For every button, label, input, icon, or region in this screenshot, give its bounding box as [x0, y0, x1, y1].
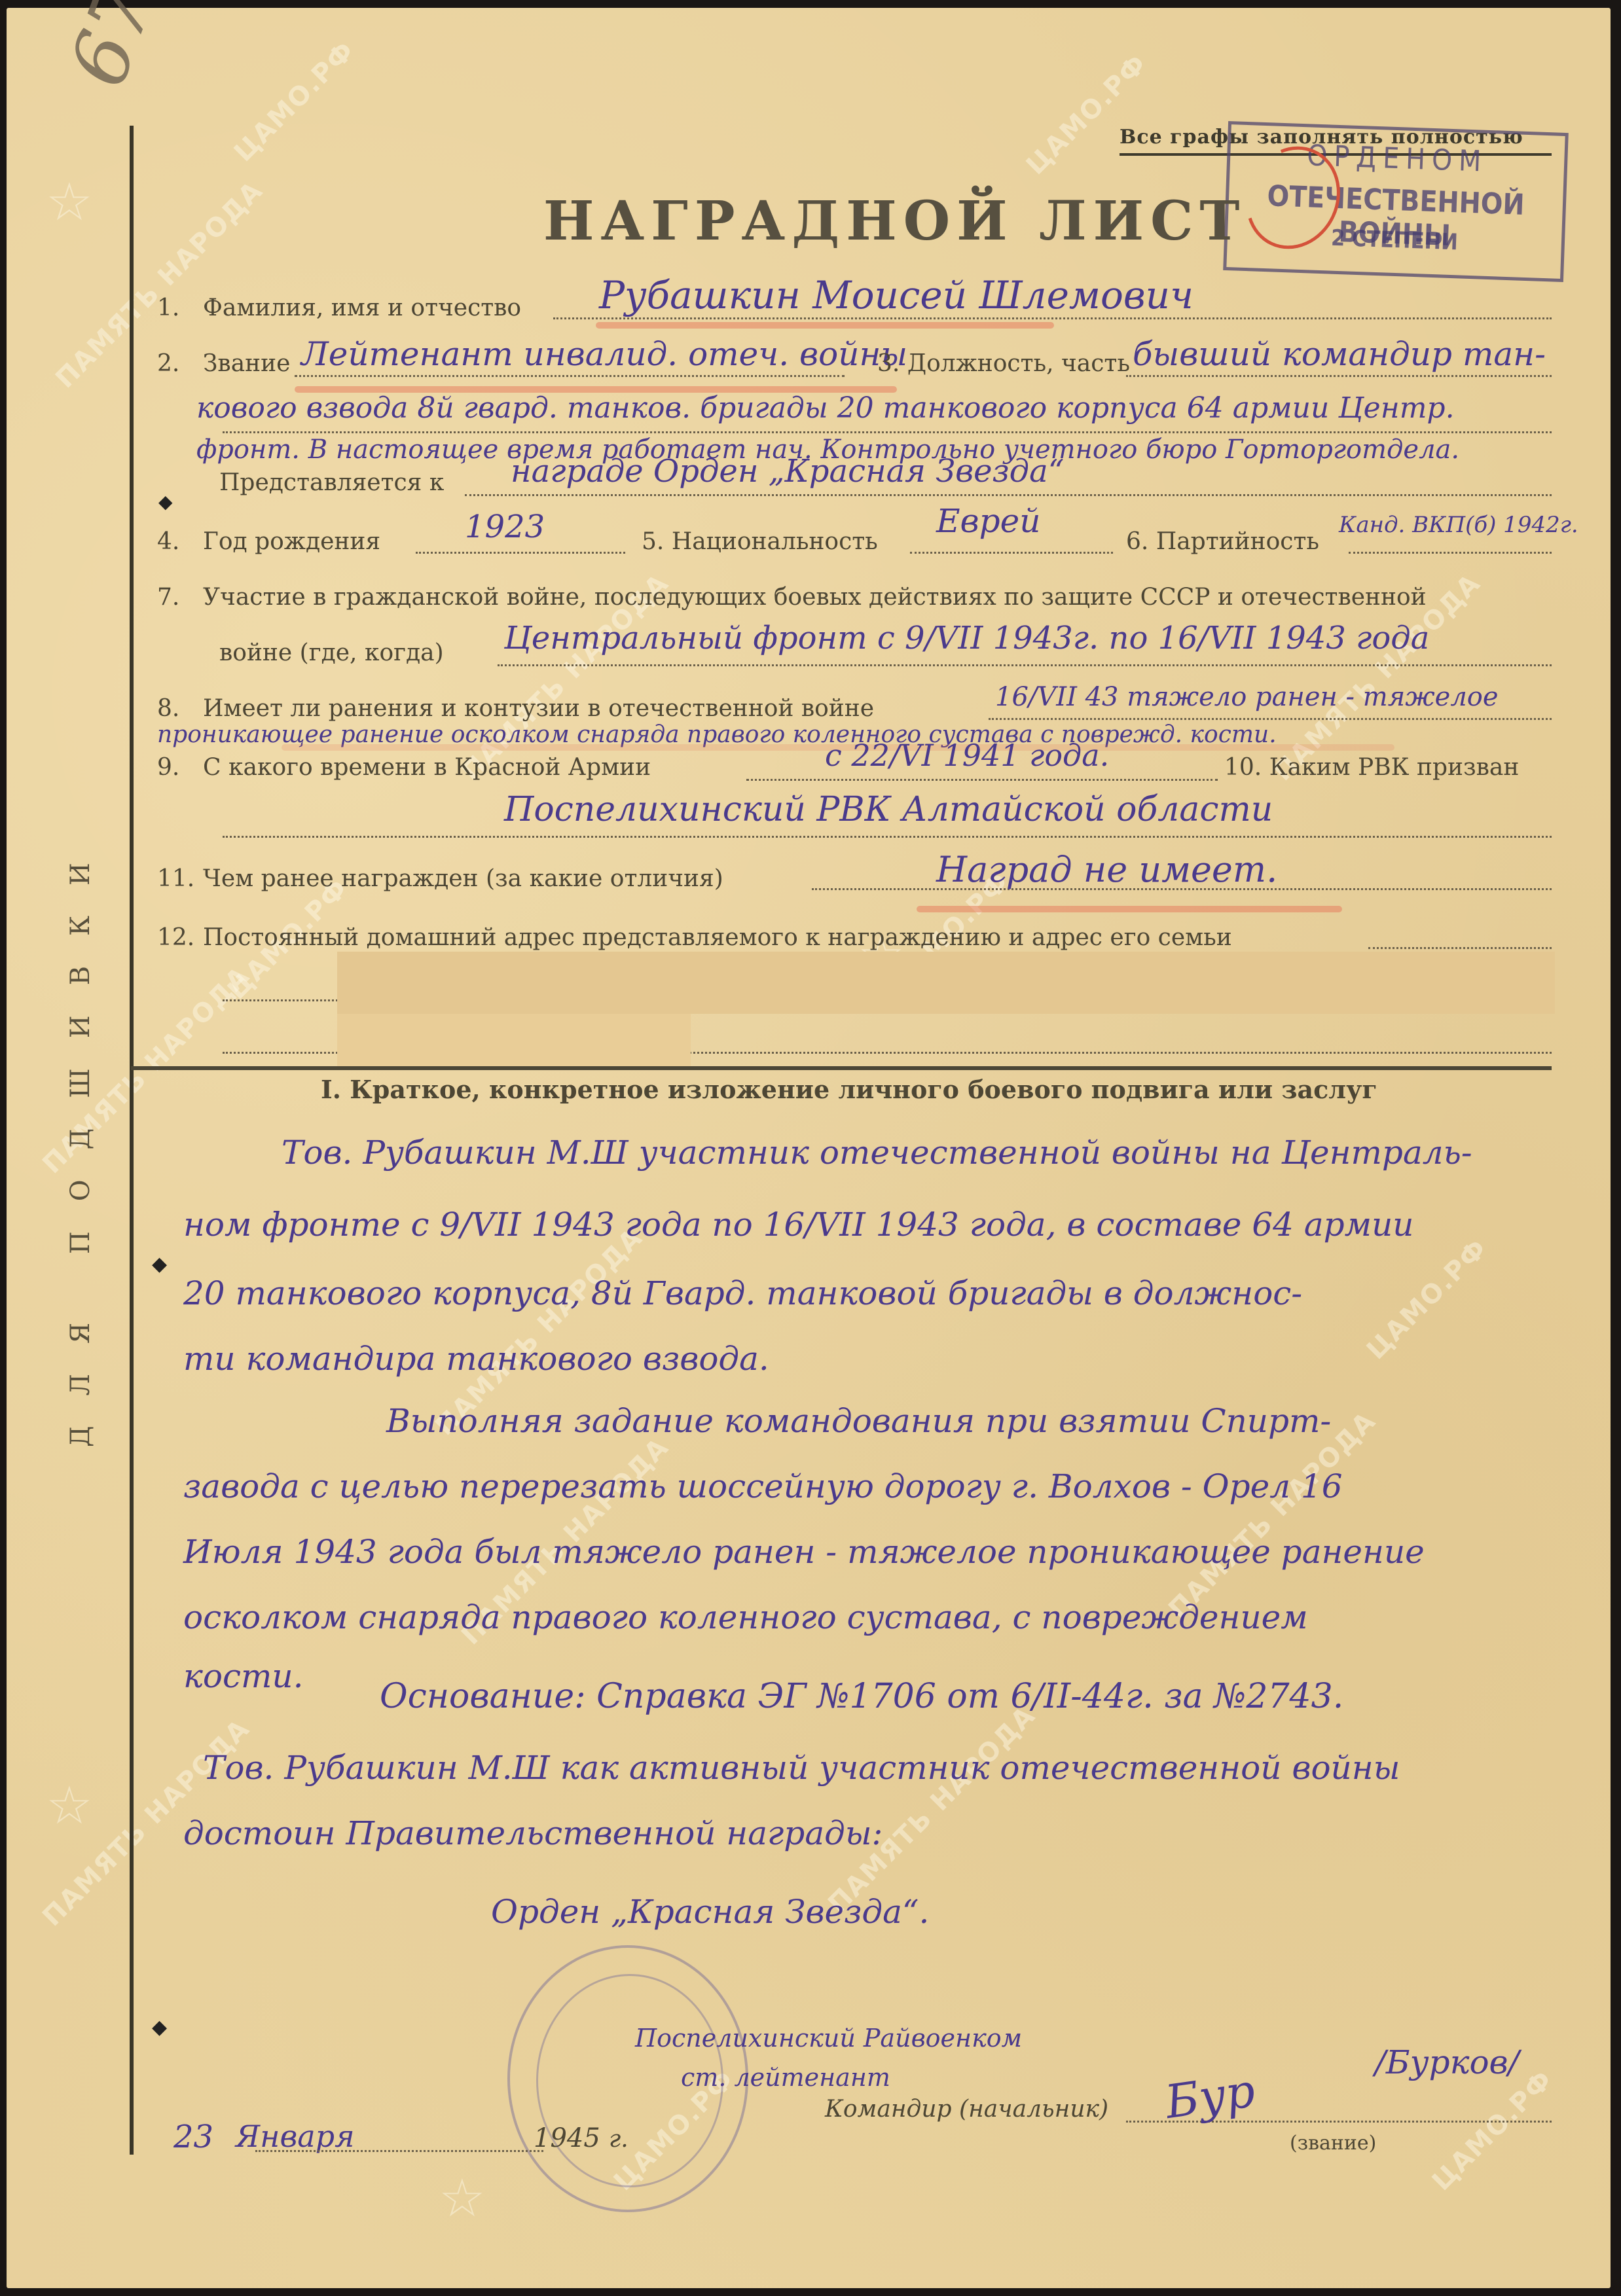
date-day: 23 — [173, 2119, 213, 2155]
nominated-for-label: Представляется к — [219, 469, 444, 496]
field-9-label: 9.С какого времени в Красной Армии — [157, 754, 651, 781]
award-sheet: ЦАМО.РФ ЦАМО.РФ ПАМЯТЬ НАРОДА ПАМЯТЬ НАР… — [7, 8, 1611, 2288]
watermark: ЦАМО.РФ — [1361, 1233, 1493, 1365]
field-line — [223, 834, 1552, 838]
narrative-line: ти командира танкового взвода. — [183, 1340, 769, 1378]
field-line — [1126, 373, 1552, 377]
field-12-label: 12.Постоянный домашний адрес представляе… — [157, 924, 1232, 951]
punch-mark-icon: ◆ — [158, 491, 173, 512]
field-5-label: 5. Национальность — [642, 528, 878, 555]
narrative-line: Тов. Рубашкин М.Ш участник отечественной… — [282, 1134, 1472, 1172]
signer-rank: ст. лейтенант — [681, 2063, 890, 2092]
narrative-line: Выполняя задание командования при взятии… — [386, 1402, 1331, 1440]
field-2-label: 2.Звание — [157, 350, 290, 377]
field-10-value: Поспелихинский РВК Алтайской области — [504, 790, 1273, 829]
red-underline — [917, 906, 1342, 912]
field-5-value: Еврей — [936, 502, 1040, 540]
field-line — [1368, 945, 1552, 949]
field-7-value: Центральный фронт с 9/VII 1943г. по 16/V… — [504, 620, 1429, 656]
field-11-value: Наград не имеет. — [936, 849, 1277, 890]
field-2-value: Лейтенант инвалид. отеч. войны — [301, 335, 907, 373]
watermark: ЦАМО.РФ — [228, 35, 361, 168]
rank-label: (звание) — [1290, 2132, 1376, 2155]
nominated-for-value: награде Орден „Красная Звезда“ — [511, 453, 1064, 490]
field-1-value: Рубашкин Моисей Шлемович — [599, 273, 1193, 317]
date-year: 1945 — [534, 2123, 600, 2153]
field-line — [910, 550, 1113, 554]
punch-mark-icon: ◆ — [152, 2016, 167, 2039]
narrative-line: завода с целью перерезать шоссейную доро… — [183, 1467, 1343, 1505]
award-recommendation: Орден „Красная Звезда“. — [491, 1893, 929, 1931]
field-4-value: 1923 — [465, 509, 545, 545]
field-6-label: 6. Партийность — [1126, 528, 1319, 555]
field-8-label: 8.Имеет ли ранения и контузии в отечеств… — [157, 695, 874, 722]
date-suffix: г. — [609, 2126, 628, 2153]
basis-line: Основание: Справка ЭГ №1706 от 6/II-44г.… — [380, 1677, 1343, 1716]
field-10-label: 10. Каким РВК призван — [1224, 754, 1519, 781]
date-line — [255, 2148, 543, 2152]
red-underline — [596, 322, 1054, 329]
field-7-label-cont: войне (где, когда) — [219, 639, 444, 666]
field-3-value-cont: кового взвода 8й гвард. танков. бригады … — [196, 391, 1455, 425]
punch-mark-icon: ◆ — [152, 1253, 167, 1276]
field-11-label: 11.Чем ранее награжден (за какие отличия… — [157, 865, 723, 892]
section-title: I. Краткое, конкретное изложение личного… — [321, 1075, 1377, 1104]
narrative-line: 20 танкового корпуса, 8й Гвард. танковой… — [183, 1274, 1302, 1312]
field-line — [498, 662, 1552, 666]
field-line — [989, 716, 1552, 720]
commander-label: Командир (начальник) — [825, 2096, 1108, 2123]
signer-position: Поспелихинский Райвоенком — [635, 2024, 1022, 2053]
field-1-label: 1.Фамилия, имя и отчество — [157, 295, 521, 321]
watermark: ЦАМО.РФ — [1427, 2064, 1559, 2197]
field-9-value: с 22/VI 1941 года. — [825, 738, 1109, 773]
watermark: ЦАМО.РФ — [1021, 48, 1153, 181]
star-watermark-icon: ☆ — [439, 2168, 486, 2229]
narrative-line: осколком снаряда правого коленного суста… — [183, 1598, 1308, 1636]
narrative-line: ном фронте с 9/VII 1943 года по 16/VII 1… — [183, 1206, 1414, 1244]
redacted-address — [337, 952, 1555, 1014]
field-4-label: 4.Год рождения — [157, 528, 380, 555]
field-line — [295, 373, 845, 377]
narrative-line: Июля 1943 года был тяжело ранен - тяжело… — [183, 1533, 1425, 1571]
field-3-label: 3. Должность, часть — [877, 350, 1130, 377]
field-6-value: Канд. ВКП(б) 1942г. — [1339, 512, 1578, 538]
narrative-line: Тов. Рубашкин М.Ш как активный участник … — [203, 1749, 1400, 1787]
section-divider — [131, 1066, 1552, 1070]
field-line — [465, 492, 1552, 496]
redacted-address — [337, 1014, 691, 1066]
field-3-value: бывший командир тан- — [1133, 335, 1546, 373]
star-watermark-icon: ☆ — [46, 1775, 93, 1836]
corner-handwritten-number: 67 16 — [52, 0, 215, 98]
field-line — [746, 777, 1218, 781]
field-line — [416, 550, 625, 554]
field-8-value: 16/VII 43 тяжело ранен - тяжелое — [995, 682, 1499, 712]
watermark: ПАМЯТЬ НАРОДА — [822, 1700, 1042, 1920]
field-line — [223, 429, 1552, 433]
field-7-label: 7.Участие в гражданской войне, последующ… — [157, 584, 1427, 611]
page-title: НАГРАДНОЙ ЛИСТ — [543, 190, 1246, 253]
binding-margin-line — [130, 126, 134, 2155]
narrative-line: кости. — [183, 1657, 303, 1695]
star-watermark-icon: ☆ — [46, 171, 93, 232]
signature-name: /Бурков/ — [1375, 2043, 1520, 2081]
field-line — [1349, 550, 1552, 554]
narrative-line: достоин Правительственной награды: — [183, 1814, 883, 1852]
margin-label: ДЛЯ ПОДШИВКИ — [65, 623, 105, 1657]
